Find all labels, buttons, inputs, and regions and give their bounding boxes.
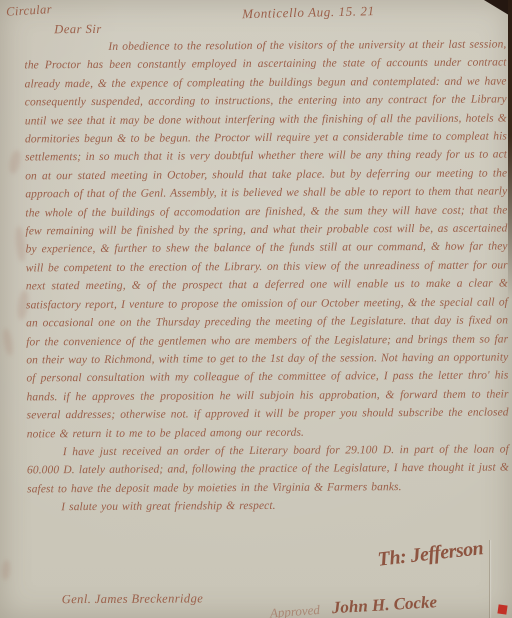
handwriting-layer: Circular Monticello Aug. 15. 21 Dear Sir… <box>0 0 512 618</box>
approved-label: Approved <box>269 602 320 618</box>
circular-annotation: Circular <box>6 2 53 20</box>
cocke-signature: John H. Cocke <box>331 592 437 618</box>
paper-crease <box>489 540 490 618</box>
addressee-line: Genl. James Breckenridge <box>62 591 203 607</box>
dateline: Monticello Aug. 15. 21 <box>242 3 375 22</box>
paragraph-2: I have just received an order of the Lit… <box>27 440 509 498</box>
letter-body: In obedience to the resolution of the vi… <box>24 35 509 516</box>
manuscript-page: Circular Monticello Aug. 15. 21 Dear Sir… <box>0 0 512 618</box>
salutation: Dear Sir <box>54 22 101 37</box>
page-edge-shadow <box>508 0 512 300</box>
closing-line: I salute you with great friendship & res… <box>27 496 509 517</box>
paragraph-1: In obedience to the resolution of the vi… <box>24 35 508 443</box>
red-corner-mark <box>497 604 507 614</box>
jefferson-signature: Th: Jefferson <box>377 537 485 572</box>
